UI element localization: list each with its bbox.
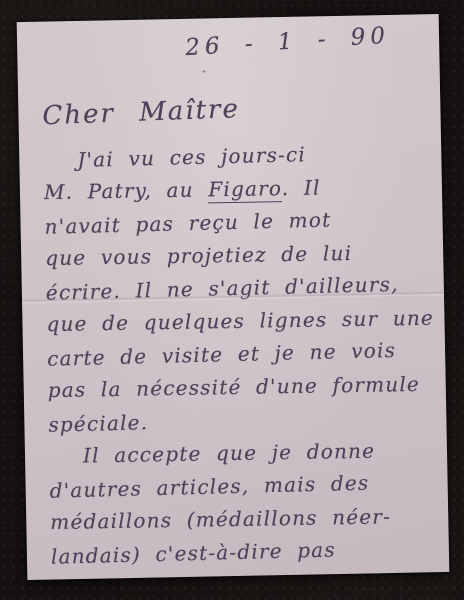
underlined-word: Figaro	[208, 176, 282, 203]
photograph-background: 26 - 1 - 90 Cher Maître J'ai vu ces jour…	[0, 0, 464, 600]
letter-body: J'ai vu ces jours-ciM. Patry, au Figaro.…	[43, 136, 435, 572]
letter-salutation: Cher Maître	[42, 94, 240, 131]
ink-speck	[203, 70, 206, 72]
letter-paper: 26 - 1 - 90 Cher Maître J'ai vu ces jour…	[17, 14, 450, 580]
letter-date: 26 - 1 - 90	[185, 23, 391, 61]
